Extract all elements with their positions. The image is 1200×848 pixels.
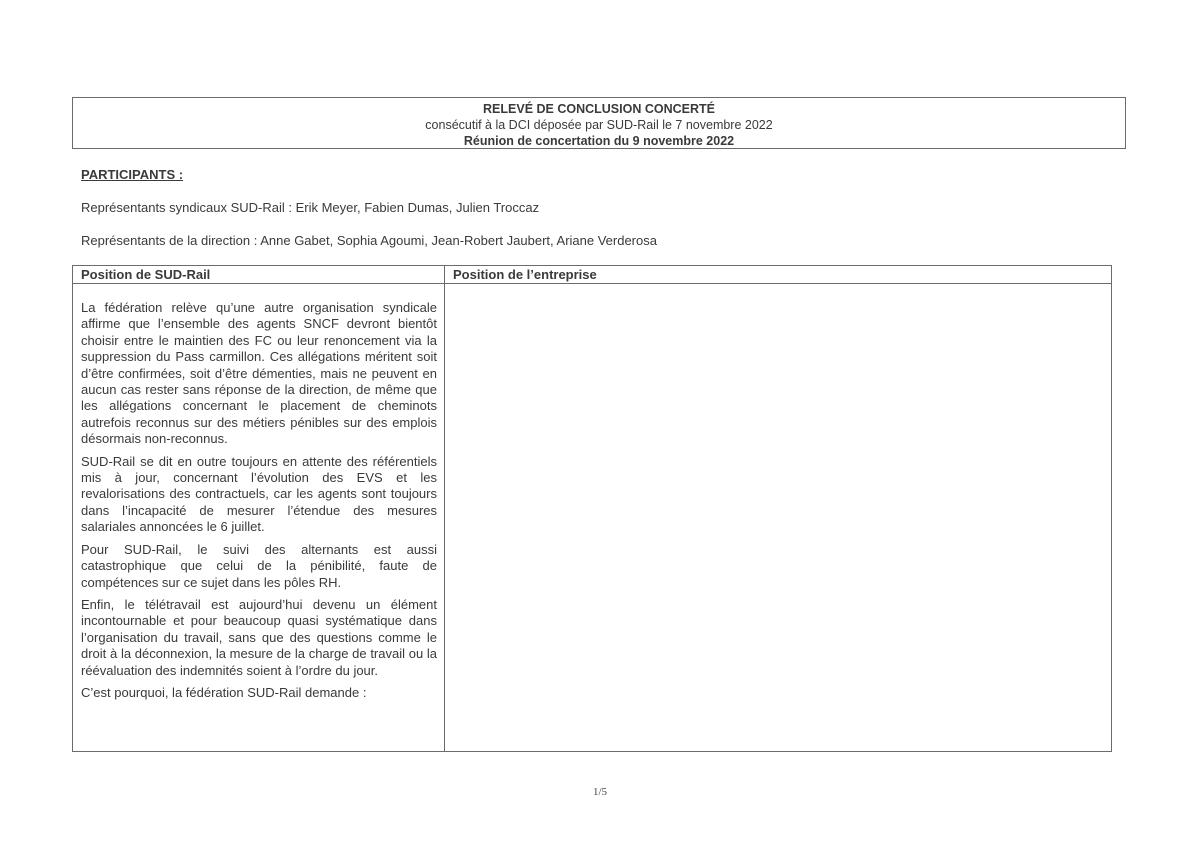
document-title: RELEVÉ DE CONCLUSION CONCERTÉ	[73, 101, 1125, 117]
participants-syndicaux: Représentants syndicaux SUD-Rail : Erik …	[81, 200, 539, 215]
column-divider	[444, 266, 445, 751]
page-number: 1/5	[0, 786, 1200, 798]
sud-rail-position-cell: La fédération relève qu’une autre organi…	[81, 300, 437, 707]
paragraph: SUD-Rail se dit en outre toujours en att…	[81, 454, 437, 536]
paragraph: Enfin, le télétravail est aujourd’hui de…	[81, 597, 437, 679]
document-header: RELEVÉ DE CONCLUSION CONCERTÉ consécutif…	[72, 97, 1126, 149]
participants-direction: Représentants de la direction : Anne Gab…	[81, 233, 657, 248]
header-divider	[73, 283, 1111, 284]
participants-heading: PARTICIPANTS :	[81, 167, 183, 182]
meeting-date: Réunion de concertation du 9 novembre 20…	[73, 133, 1125, 149]
paragraph: Pour SUD-Rail, le suivi des alternants e…	[81, 542, 437, 591]
paragraph: C’est pourquoi, la fédération SUD-Rail d…	[81, 685, 437, 701]
document-subtitle: consécutif à la DCI déposée par SUD-Rail…	[73, 117, 1125, 133]
positions-table: Position de SUD-Rail Position de l’entre…	[72, 265, 1112, 752]
paragraph: La fédération relève qu’une autre organi…	[81, 300, 437, 448]
column-header-entreprise: Position de l’entreprise	[453, 267, 597, 283]
column-header-sud-rail: Position de SUD-Rail	[81, 267, 210, 283]
